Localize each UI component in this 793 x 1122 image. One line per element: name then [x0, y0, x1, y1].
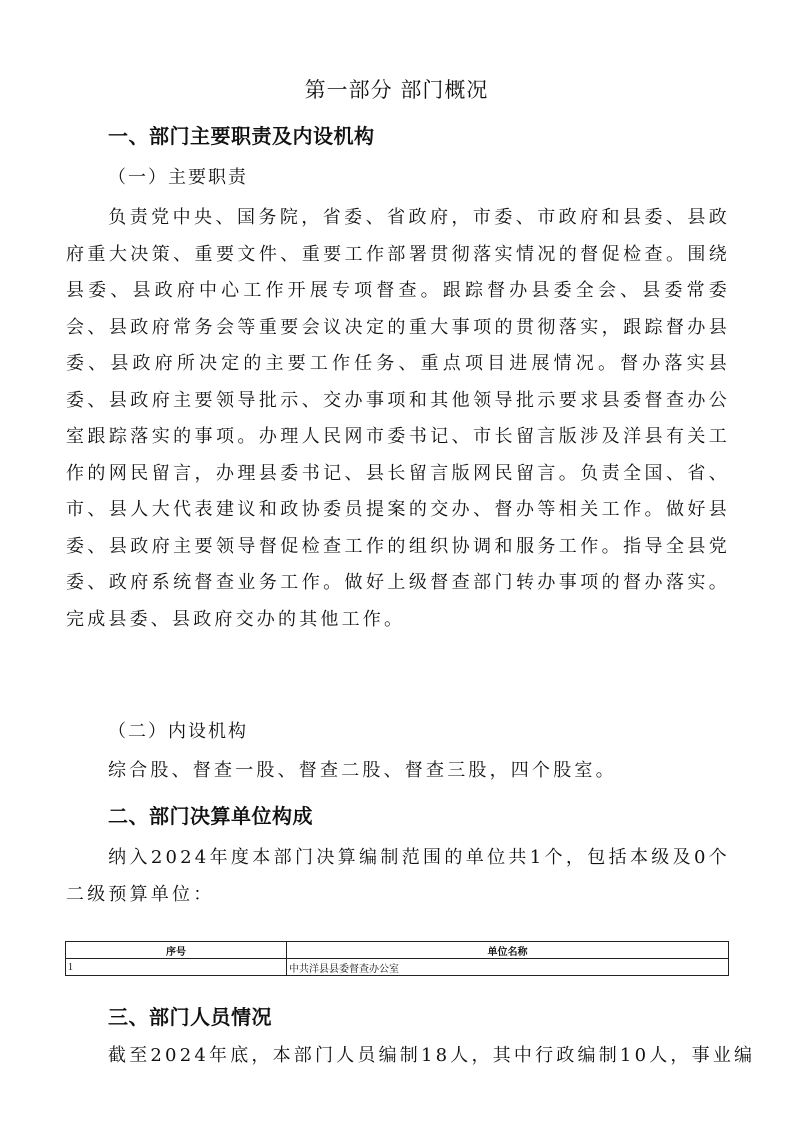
personnel-paragraph: 截至2024年底，本部门人员编制18人，其中行政编制10人，事业编 [66, 1038, 730, 1075]
section-2-heading: 二、部门决算单位构成 [108, 800, 313, 829]
section-1-heading: 一、部门主要职责及内设机构 [108, 120, 375, 149]
table-row: 1 中共洋县县委督查办公室 [66, 959, 729, 976]
column-header-unit-name: 单位名称 [287, 942, 729, 959]
section-3-heading: 三、部门人员情况 [108, 1001, 272, 1030]
cell-unit-name: 中共洋县县委督查办公室 [287, 959, 729, 976]
budget-units-table: 序号 单位名称 1 中共洋县县委督查办公室 [65, 941, 729, 976]
subsection-internal-structure-heading: （二）内设机构 [108, 717, 248, 743]
internal-structure-text: 综合股、督查一股、督查二股、督查三股，四个股室。 [108, 760, 617, 781]
budget-units-text: 纳入2024年度本部门决算编制范围的单位共1个，包括本级及0个二级预算单位： [66, 847, 730, 905]
subsection-main-duties-heading: （一）主要职责 [108, 163, 248, 189]
internal-structure-paragraph: 综合股、督查一股、督查二股、督查三股，四个股室。 [66, 753, 730, 790]
page-title: 第一部分 部门概况 [0, 74, 793, 104]
main-duties-paragraph: 负责党中央、国务院，省委、省政府，市委、市政府和县委、县政府重大决策、重要文件、… [66, 200, 730, 638]
column-header-index: 序号 [66, 942, 287, 959]
main-duties-text: 负责党中央、国务院，省委、省政府，市委、市政府和县委、县政府重大决策、重要文件、… [66, 207, 730, 630]
budget-units-paragraph: 纳入2024年度本部门决算编制范围的单位共1个，包括本级及0个二级预算单位： [66, 840, 730, 913]
cell-index: 1 [66, 959, 287, 976]
personnel-text: 截至2024年底，本部门人员编制18人，其中行政编制10人，事业编 [108, 1045, 755, 1066]
table-header-row: 序号 单位名称 [66, 942, 729, 959]
